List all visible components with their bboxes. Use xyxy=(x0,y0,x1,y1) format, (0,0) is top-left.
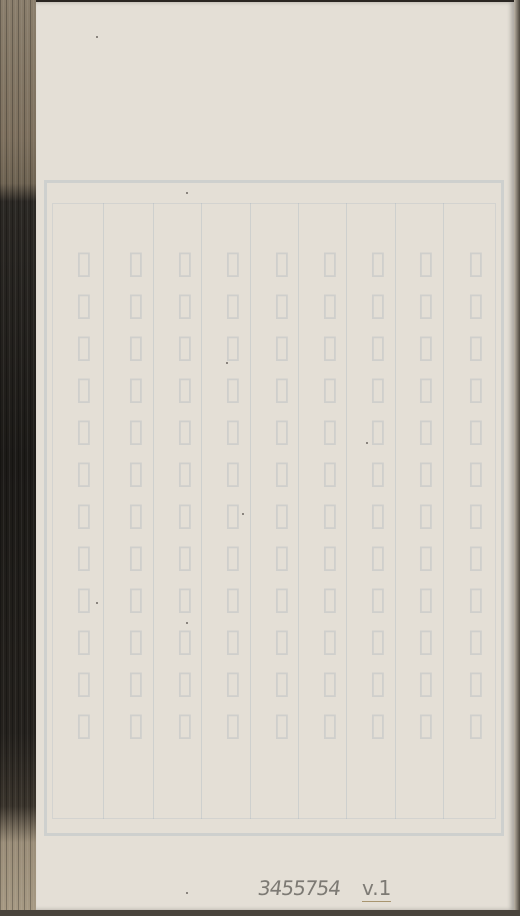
paper-speck xyxy=(366,442,368,444)
paper-speck xyxy=(186,192,188,194)
book-page: ▯▯▯▯▯▯▯▯▯▯▯▯ ▯▯▯▯▯▯▯▯▯▯▯▯ ▯▯▯▯▯▯▯▯▯▯▯▯ ▯… xyxy=(36,2,514,910)
bleed-through-column: ▯▯▯▯▯▯▯▯▯▯▯▯ xyxy=(115,243,155,747)
bleed-through-column: ▯▯▯▯▯▯▯▯▯▯▯▯ xyxy=(261,243,301,747)
paper-speck xyxy=(186,892,188,894)
page-fore-edge xyxy=(514,0,520,916)
bleed-through-column: ▯▯▯▯▯▯▯▯▯▯▯▯ xyxy=(357,243,397,747)
paper-speck xyxy=(226,362,228,364)
bleed-through-column: ▯▯▯▯▯▯▯▯▯▯▯▯ xyxy=(164,243,204,747)
paper-speck xyxy=(186,622,188,624)
bleed-through-column: ▯▯▯▯▯▯▯▯▯▯▯▯ xyxy=(405,243,445,747)
paper-speck xyxy=(242,513,244,515)
paper-speck xyxy=(96,36,98,38)
book-spine-edge xyxy=(0,0,36,916)
page-bottom-edge xyxy=(0,910,520,916)
bleed-through-column: ▯▯▯▯▯▯▯▯▯▯▯▯ xyxy=(212,243,252,747)
bleed-through-text-frame: ▯▯▯▯▯▯▯▯▯▯▯▯ ▯▯▯▯▯▯▯▯▯▯▯▯ ▯▯▯▯▯▯▯▯▯▯▯▯ ▯… xyxy=(44,180,504,836)
volume-mark: v.1 xyxy=(362,876,391,902)
catalog-number: 3455754 xyxy=(256,876,341,900)
bleed-through-column: ▯▯▯▯▯▯▯▯▯▯▯▯ xyxy=(63,243,103,747)
bleed-through-column: ▯▯▯▯▯▯▯▯▯▯▯▯ xyxy=(309,243,349,747)
paper-speck xyxy=(96,602,98,604)
bleed-through-column: ▯▯▯▯▯▯▯▯▯▯▯▯ xyxy=(455,243,495,747)
